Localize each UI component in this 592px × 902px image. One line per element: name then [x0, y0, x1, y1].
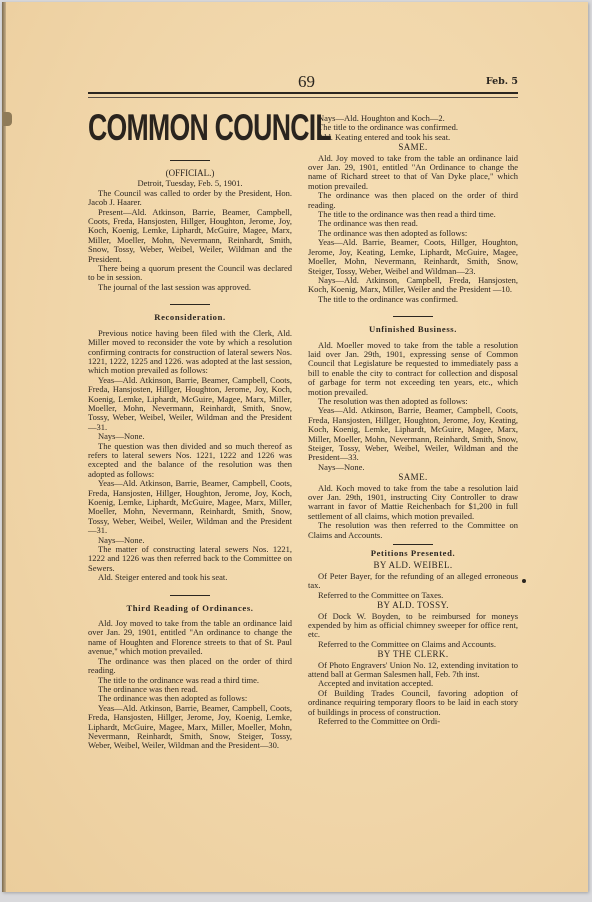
- paragraph: Of Dock W. Boyden, to be reimbursed for …: [308, 612, 518, 640]
- masthead-title: COMMON COUNCIL: [88, 108, 235, 148]
- divider: [170, 304, 210, 305]
- official-label: (OFFICIAL.): [88, 169, 292, 178]
- paragraph: Ald. Steiger entered and took his seat.: [88, 573, 292, 582]
- paragraph: Ald. Keating entered and took his seat.: [308, 133, 518, 142]
- paragraph: The resolution was then referred to the …: [308, 521, 518, 540]
- paragraph: The matter of constructing lateral sewer…: [88, 545, 292, 573]
- paragraph: Yeas—Ald. Atkinson, Barrie, Beamer, Camp…: [88, 479, 292, 535]
- paragraph: Referred to the Committee on Taxes.: [308, 591, 518, 600]
- page-header: 69 Feb. 5: [88, 68, 518, 88]
- left-column: COMMON COUNCIL (OFFICIAL.) Detroit, Tues…: [88, 102, 292, 751]
- header-rule-thick: [88, 92, 518, 94]
- header-rule-thin: [88, 97, 518, 98]
- ink-dot: [522, 579, 526, 583]
- section-heading-same: SAME.: [308, 143, 518, 152]
- binding-tab: [2, 112, 12, 126]
- subheading-by-weibel: BY ALD. WEIBEL.: [308, 561, 518, 570]
- paragraph: The journal of the last session was appr…: [88, 283, 292, 292]
- paragraph: The title to the ordinance was confirmed…: [308, 295, 518, 304]
- paragraph: Previous notice having been filed with t…: [88, 329, 292, 376]
- section-heading-petitions: Petitions Presented.: [308, 549, 518, 558]
- subheading-by-clerk: BY THE CLERK.: [308, 650, 518, 659]
- paragraph: Of Building Trades Council, favoring ado…: [308, 689, 518, 717]
- paragraph: Nays—Ald. Atkinson, Campbell, Freda, Han…: [308, 276, 518, 295]
- paragraph: Ald. Joy moved to take from the table an…: [88, 619, 292, 657]
- paragraph: Yeas—Ald. Atkinson, Barrie, Beamer, Camp…: [88, 704, 292, 751]
- section-heading-reconsideration: Reconsideration.: [88, 313, 292, 322]
- divider: [170, 160, 210, 161]
- divider: [170, 595, 210, 596]
- paragraph: The Council was called to order by the P…: [88, 189, 292, 208]
- divider: [393, 316, 433, 317]
- section-heading-third-reading: Third Reading of Ordinances.: [88, 604, 292, 613]
- paragraph: The ordinance was then placed on the ord…: [88, 657, 292, 676]
- paragraph: Nays—None.: [308, 463, 518, 472]
- paragraph: There being a quorum present the Council…: [88, 264, 292, 283]
- paragraph: Of Peter Bayer, for the refunding of an …: [308, 572, 518, 591]
- paragraph: Referred to the Committee on Ordi-: [308, 717, 518, 726]
- section-heading-same: SAME.: [308, 473, 518, 482]
- paragraph: Ald. Koch moved to take from the tabe a …: [308, 484, 518, 522]
- page-number: 69: [298, 72, 315, 92]
- paragraph: The ordinance was then placed on the ord…: [308, 191, 518, 210]
- section-heading-unfinished-business: Unfinished Business.: [308, 325, 518, 334]
- subheading-by-tossy: BY ALD. TOSSY.: [308, 601, 518, 610]
- paragraph: Of Photo Engravers' Union No. 12, extend…: [308, 661, 518, 680]
- paragraph: Yeas—Ald. Atkinson, Barrie, Beamer, Camp…: [88, 376, 292, 432]
- paragraph: Ald. Joy moved to take from the table an…: [308, 154, 518, 192]
- divider: [393, 544, 433, 545]
- right-column: Nays—Ald. Houghton and Koch—2. The title…: [308, 114, 518, 726]
- paragraph: Yeas—Ald. Barrie, Beamer, Coots, Hillger…: [308, 238, 518, 276]
- page-binding-edge: [2, 2, 6, 892]
- paragraph: Ald. Moeller moved to take from the tabl…: [308, 341, 518, 397]
- header-date: Feb. 5: [486, 76, 518, 87]
- paragraph: Yeas—Ald. Atkinson, Barrie, Beamer, Camp…: [308, 406, 518, 462]
- document-page: 69 Feb. 5 COMMON COUNCIL (OFFICIAL.) Det…: [2, 2, 588, 892]
- paragraph: The question was then divided and so muc…: [88, 442, 292, 480]
- paragraph: Present—Ald. Atkinson, Barrie, Beamer, C…: [88, 208, 292, 264]
- paragraph: Referred to the Committee on Claims and …: [308, 640, 518, 649]
